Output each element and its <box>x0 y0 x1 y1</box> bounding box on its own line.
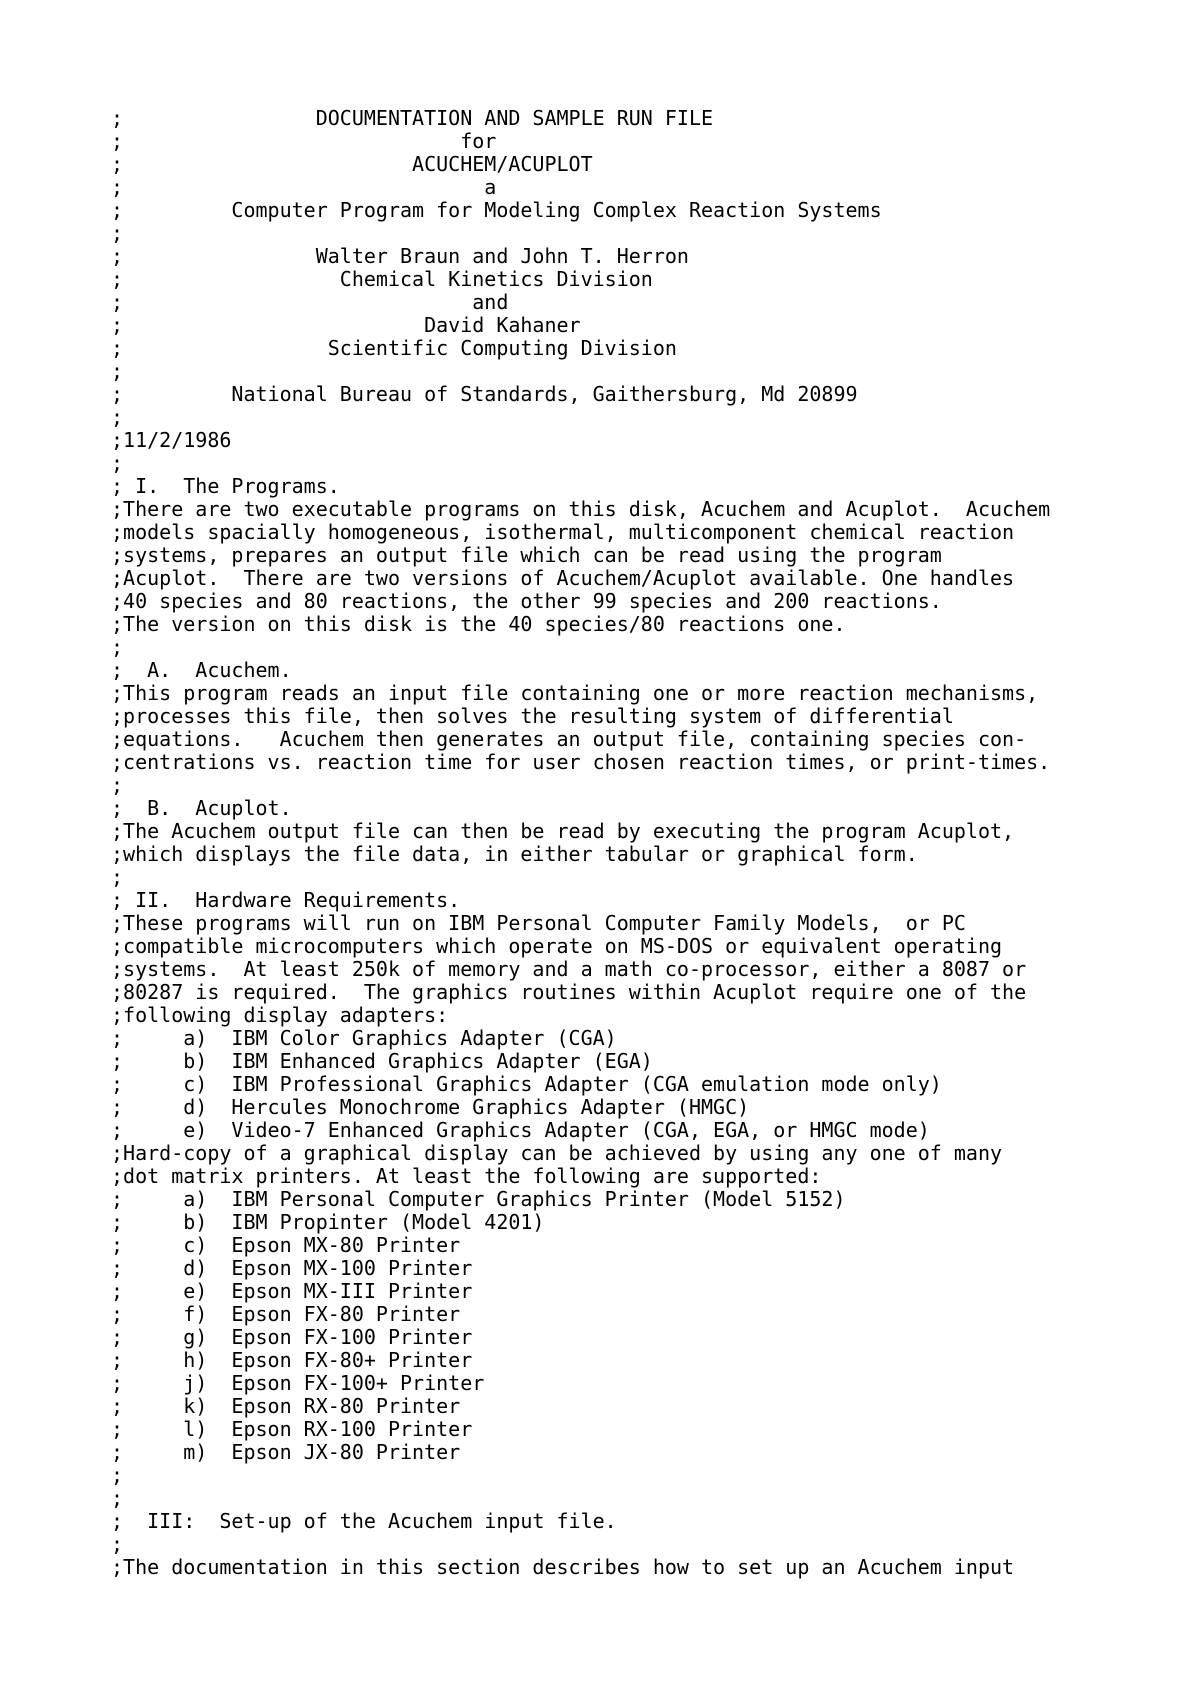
document-text: ; DOCUMENTATION AND SAMPLE RUN FILE ; fo… <box>0 0 1200 1579</box>
page: ; DOCUMENTATION AND SAMPLE RUN FILE ; fo… <box>0 0 1200 1698</box>
